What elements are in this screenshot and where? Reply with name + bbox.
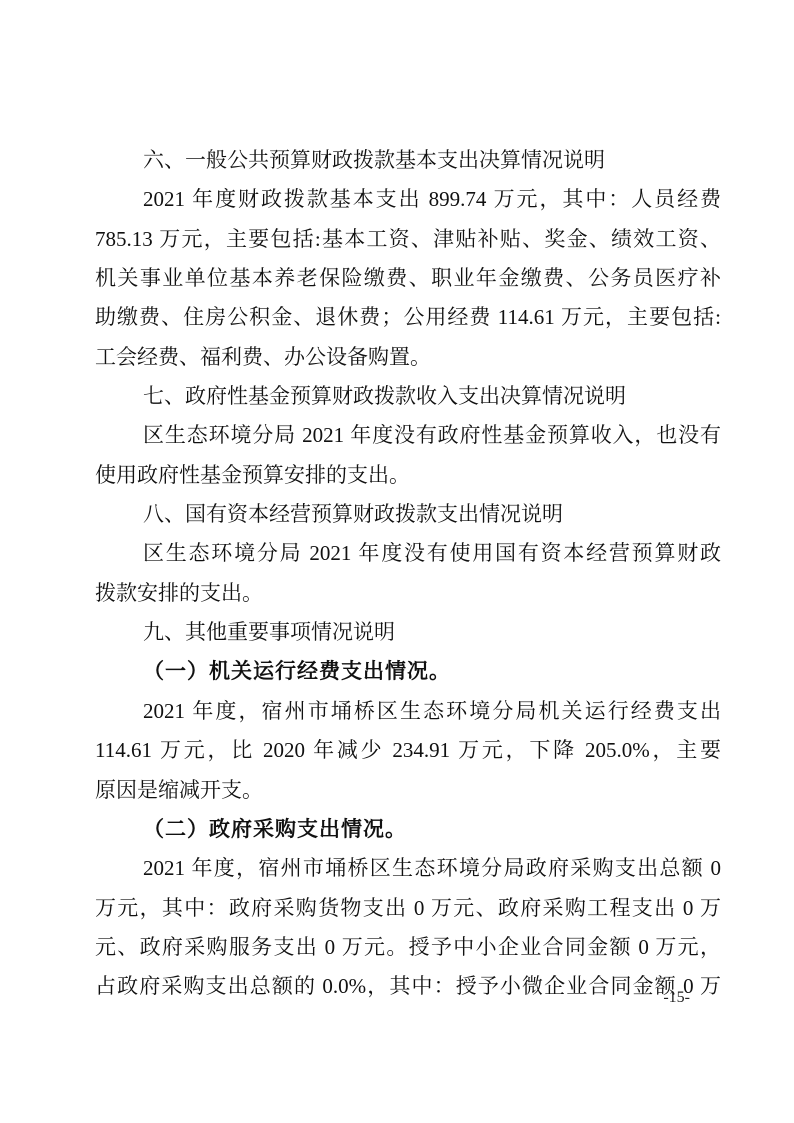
body-text-line: 使用政府性基金预算安排的支出。 xyxy=(95,456,721,495)
document-page: 六、一般公共预算财政拨款基本支出决算情况说明2021 年度财政拨款基本支出 89… xyxy=(0,0,794,1123)
document-body: 六、一般公共预算财政拨款基本支出决算情况说明2021 年度财政拨款基本支出 89… xyxy=(95,141,721,1007)
page-footer: -15- xyxy=(0,989,690,1007)
section-heading-line: 七、政府性基金预算财政拨款收入支出决算情况说明 xyxy=(95,377,721,416)
body-text-line: 万元，其中：政府采购货物支出 0 万元、政府采购工程支出 0 万 xyxy=(95,889,721,928)
subsection-heading-line: （二）政府采购支出情况。 xyxy=(95,810,721,849)
section-heading-line: 九、其他重要事项情况说明 xyxy=(95,613,721,652)
body-text-line: 2021 年度，宿州市埇桥区生态环境分局机关运行经费支出 xyxy=(95,692,721,731)
body-text-line: 机关事业单位基本养老保险缴费、职业年金缴费、公务员医疗补 xyxy=(95,259,721,298)
section-heading-line: 六、一般公共预算财政拨款基本支出决算情况说明 xyxy=(95,141,721,180)
subsection-heading-line: （一）机关运行经费支出情况。 xyxy=(95,652,721,691)
body-text-line: 拨款安排的支出。 xyxy=(95,574,721,613)
section-heading-line: 八、国有资本经营预算财政拨款支出情况说明 xyxy=(95,495,721,534)
body-text-line: 785.13 万元，主要包括:基本工资、津贴补贴、奖金、绩效工资、 xyxy=(95,220,721,259)
body-text-line: 114.61 万元，比 2020 年减少 234.91 万元，下降 205.0%… xyxy=(95,731,721,770)
body-text-line: 原因是缩减开支。 xyxy=(95,771,721,810)
body-text-line: 工会经费、福利费、办公设备购置。 xyxy=(95,338,721,377)
body-text-line: 元、政府采购服务支出 0 万元。授予中小企业合同金额 0 万元， xyxy=(95,928,721,967)
body-text-line: 助缴费、住房公积金、退休费；公用经费 114.61 万元，主要包括: xyxy=(95,298,721,337)
body-text-line: 2021 年度，宿州市埇桥区生态环境分局政府采购支出总额 0 xyxy=(95,849,721,888)
body-text-line: 2021 年度财政拨款基本支出 899.74 万元，其中：人员经费 xyxy=(95,180,721,219)
body-text-line: 区生态环境分局 2021 年度没有政府性基金预算收入，也没有 xyxy=(95,416,721,455)
body-text-line: 区生态环境分局 2021 年度没有使用国有资本经营预算财政 xyxy=(95,534,721,573)
page-number: -15- xyxy=(663,989,690,1006)
